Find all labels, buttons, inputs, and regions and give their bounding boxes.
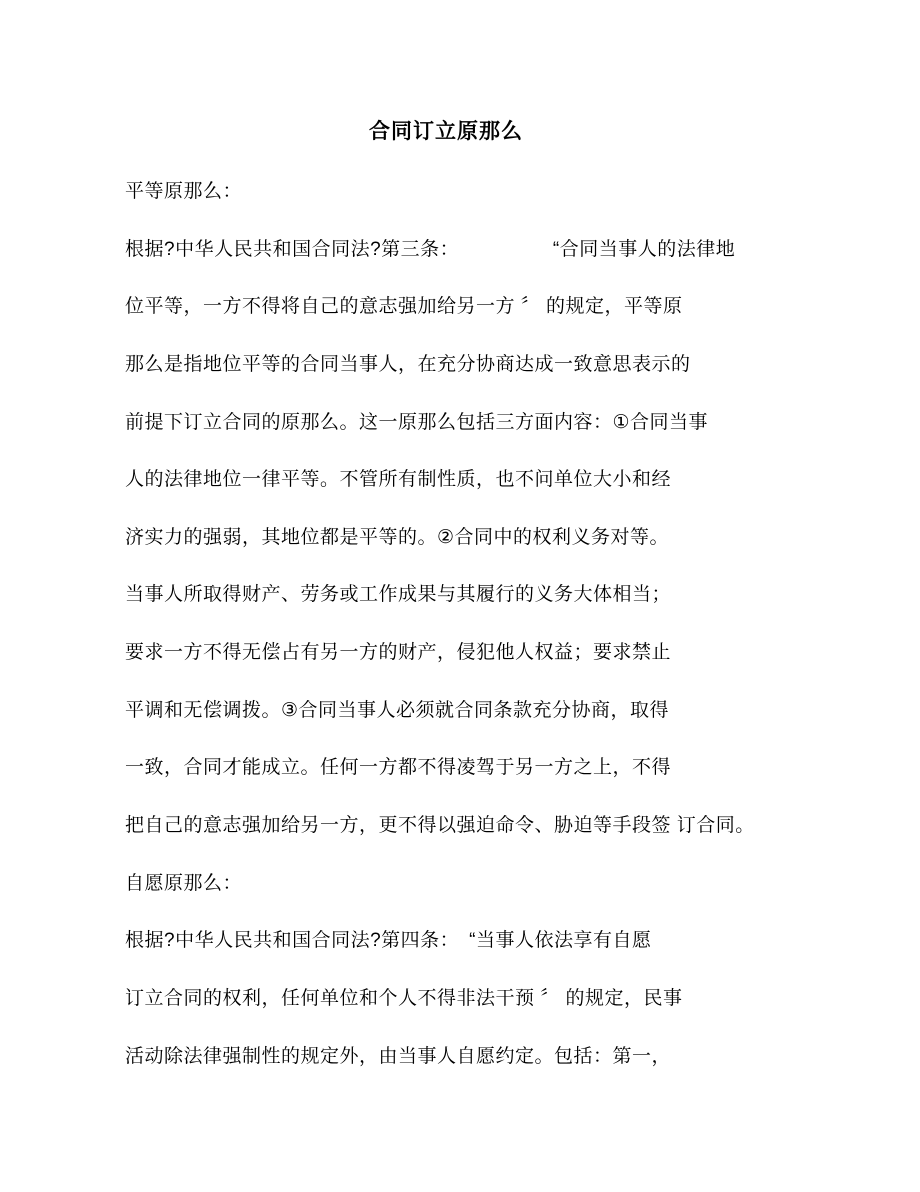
text-line-12: 把自己的意志强加给另一方，更不得以强迫命令、胁迫等手段签 订合同。 [125,814,825,872]
document-title: 合同订立原那么 [0,115,892,145]
text-line-16: 活动除法律强制性的规定外，由当事人自愿约定。包括：第一， [125,1045,825,1103]
text-line-9: 要求一方不得无偿占有另一方的财产，侵犯他人权益；要求禁止 [125,641,825,699]
text-line-4: 那么是指地位平等的合同当事人，在充分协商达成一致意思表示的 [125,353,825,411]
text-line-2: 根据?中华人民共和国合同法?第三条： “合同当事人的法律地 [125,238,825,296]
text-line-6: 人的法律地位一律平等。不管所有制性质，也不问单位大小和经 [125,468,825,526]
text-line-10: 平调和无偿调拨。③合同当事人必须就合同条款充分协商，取得 [125,699,825,757]
document-page: 合同订立原那么 平等原那么：根据?中华人民共和国合同法?第三条： “合同当事人的… [0,0,920,1192]
text-line-11: 一致，合同才能成立。任何一方都不得凌驾于另一方之上，不得 [125,756,825,814]
text-line-3: 位平等，一方不得将自己的意志强加给另一方 〞 的规定，平等原 [125,295,825,353]
text-line-5: 前提下订立合同的原那么。这一原那么包括三方面内容：①合同当事 [125,411,825,469]
text-line-1: 平等原那么： [125,180,825,238]
document-body: 平等原那么：根据?中华人民共和国合同法?第三条： “合同当事人的法律地位平等，一… [125,180,825,1102]
text-line-14: 根据?中华人民共和国合同法?第四条： “当事人依法享有自愿 [125,929,825,987]
text-line-8: 当事人所取得财产、劳务或工作成果与其履行的义务大体相当； [125,583,825,641]
text-line-15: 订立合同的权利，任何单位和个人不得非法干预 〞 的规定，民事 [125,987,825,1045]
text-line-7: 济实力的强弱，其地位都是平等的。②合同中的权利义务对等。 [125,526,825,584]
text-line-13: 自愿原那么： [125,872,825,930]
